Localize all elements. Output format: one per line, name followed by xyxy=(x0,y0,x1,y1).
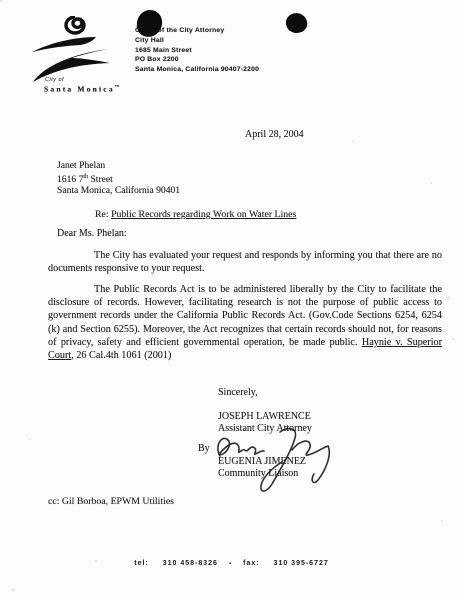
logo-city-of-text: City of xyxy=(45,77,64,83)
paragraph2-citation-detail: , 26 Cal.4th 1061 (2001) xyxy=(71,350,171,361)
subject-text: Public Records regarding Work on Water L… xyxy=(111,209,296,220)
body-paragraph-2: The Public Records Act is to be administ… xyxy=(48,283,442,362)
cc-line: cc: Gil Borboa, EPWM Utilities xyxy=(48,496,174,507)
fax-label: fax: xyxy=(243,560,259,567)
subject-line: Re: Public Records regarding Work on Wat… xyxy=(95,209,296,220)
santa-monica-logo-icon xyxy=(28,16,134,82)
body-paragraph-1: The City has evaluated your request and … xyxy=(48,249,442,275)
signer-name: JOSEPH LAWRENCE xyxy=(218,411,312,423)
sender-building: City Hall xyxy=(135,36,259,46)
scan-noise xyxy=(0,0,2,2)
liaison-block: EUGENIA JIMENEZ Community Liaison xyxy=(218,456,306,480)
salutation: Dear Ms. Phelan: xyxy=(57,228,127,239)
city-name: Santa Monica xyxy=(44,85,115,94)
scanned-letter-page: City of Santa Monica™ Office of the City… xyxy=(0,0,463,600)
subject-prefix: Re: xyxy=(95,209,111,220)
street-name: Street xyxy=(88,174,113,185)
sender-pobox: PO Box 2200 xyxy=(135,55,259,65)
street-number: 1616 7 xyxy=(57,174,83,185)
by-label: By xyxy=(198,443,210,454)
letter-date: April 28, 2004 xyxy=(245,129,304,140)
recipient-name: Janet Phelan xyxy=(57,160,180,172)
liaison-title: Community Liaison xyxy=(218,468,306,480)
ink-blot-artifact xyxy=(284,11,309,35)
logo-city-name-text: Santa Monica™ xyxy=(44,84,119,94)
tel-number: 310 458-8326 xyxy=(163,560,218,567)
sender-city-state-zip: Santa Monica, California 90407-2200 xyxy=(135,65,259,75)
tel-label: tel: xyxy=(134,560,149,567)
footer-contact-line: tel: 310 458-8326 ▪ fax: 310 395-6727 xyxy=(0,560,463,567)
valediction: Sincerely, xyxy=(218,387,312,399)
recipient-city-line: Santa Monica, California 90401 xyxy=(57,185,180,197)
recipient-address-block: Janet Phelan 1616 7th Street Santa Monic… xyxy=(57,160,180,197)
recipient-street: 1616 7th Street xyxy=(57,172,180,186)
bullet-separator-icon: ▪ xyxy=(229,561,232,567)
sender-street: 1685 Main Street xyxy=(135,46,259,56)
trademark-symbol: ™ xyxy=(115,84,120,89)
liaison-name: EUGENIA JIMENEZ xyxy=(218,456,306,468)
fax-number: 310 395-6727 xyxy=(274,560,329,567)
